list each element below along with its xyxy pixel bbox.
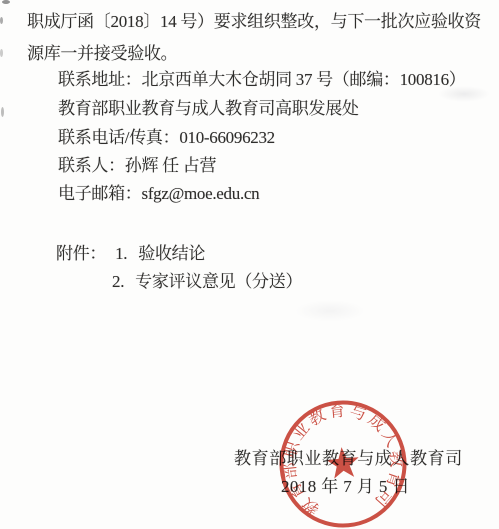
attachment-2-text: 专家评议意见（分送） — [135, 267, 302, 292]
contact-person-line: 联系人：孙辉 任 占营 — [58, 151, 216, 176]
scan-speck — [0, 17, 3, 24]
scan-smudge — [438, 86, 490, 102]
contact-phone-line: 联系电话/传真：010-66096232 — [58, 123, 275, 148]
contact-department-line: 教育部职业教育与成人教育司高职发展处 — [58, 94, 359, 119]
contact-address-line: 联系地址：北京西单大木仓胡同 37 号（邮编：100816） — [58, 65, 466, 90]
official-seal: 教育部职业教育与成人教育司 — [277, 398, 409, 529]
attachment-1-text: 验收结论 — [138, 239, 205, 264]
attachment-item-1: 附件：1.验收结论 — [56, 239, 205, 264]
scan-speck — [1, 107, 4, 117]
attachment-2-number: 2. — [112, 272, 124, 292]
contact-email-line: 电子邮箱：sfgz@moe.edu.cn — [58, 179, 259, 204]
document-scan: 职成厅函〔2018〕14 号）要求组织整改，与下一批次应验收资 源库一并接受验收… — [0, 0, 499, 529]
seal-star-icon — [325, 446, 360, 480]
attachment-item-2: 2.专家评议意见（分送） — [112, 267, 302, 292]
scan-speck — [2, 0, 10, 4]
scan-smudge — [295, 300, 365, 322]
attachments-label: 附件： — [56, 244, 106, 263]
body-line-2: 源库一并接受验收。 — [27, 39, 177, 64]
attachment-1-number: 1. — [115, 244, 127, 264]
body-line-1: 职成厅函〔2018〕14 号）要求组织整改，与下一批次应验收资 — [27, 7, 481, 32]
scan-speck — [0, 49, 3, 57]
